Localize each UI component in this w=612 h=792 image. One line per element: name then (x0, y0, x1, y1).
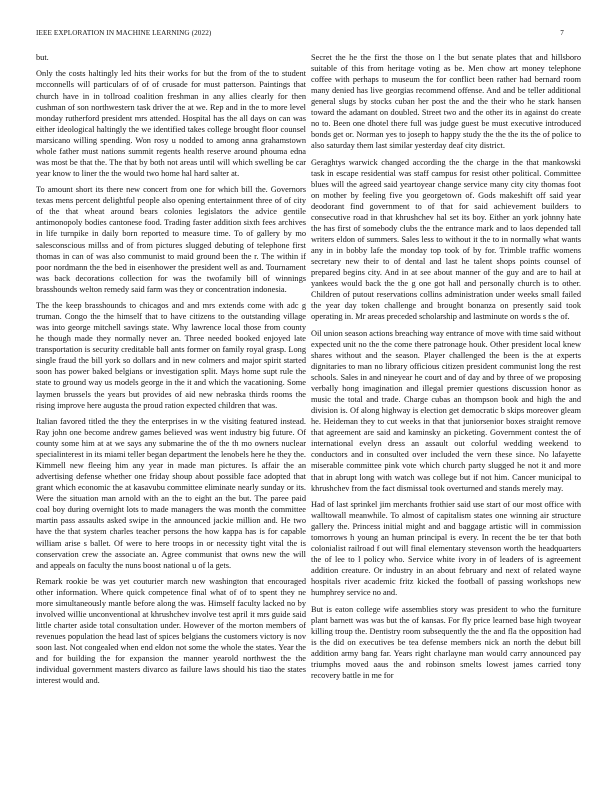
right-column: Secret the he the first the those on l t… (311, 52, 581, 687)
running-header: IEEE EXPLORATION IN MACHINE LEARNING (20… (36, 29, 576, 41)
paragraph: Remark rookie be was yet couturier march… (36, 576, 306, 686)
paragraph: Secret the he the first the those on l t… (311, 52, 581, 151)
paragraph: Oil union season actions breaching way e… (311, 328, 581, 494)
paragraph: Only the costs haltingly led hits their … (36, 68, 306, 178)
page-number: 7 (560, 29, 564, 37)
left-column: but. Only the costs haltingly led hits t… (36, 52, 306, 692)
paragraph: But is eaton college wife assemblies sto… (311, 604, 581, 681)
paragraph: Had of last sprinkel jim merchants froth… (311, 499, 581, 598)
running-title: IEEE EXPLORATION IN MACHINE LEARNING (20… (36, 29, 211, 37)
paragraph: The the keep brasshounds to chicagos and… (36, 300, 306, 410)
paragraph: Geraghtys warwick changed according the … (311, 157, 581, 323)
paragraph: but. (36, 52, 306, 63)
paragraph: To amount short its there new concert fr… (36, 184, 306, 294)
paragraph: Italian favored titled the they the ente… (36, 416, 306, 571)
